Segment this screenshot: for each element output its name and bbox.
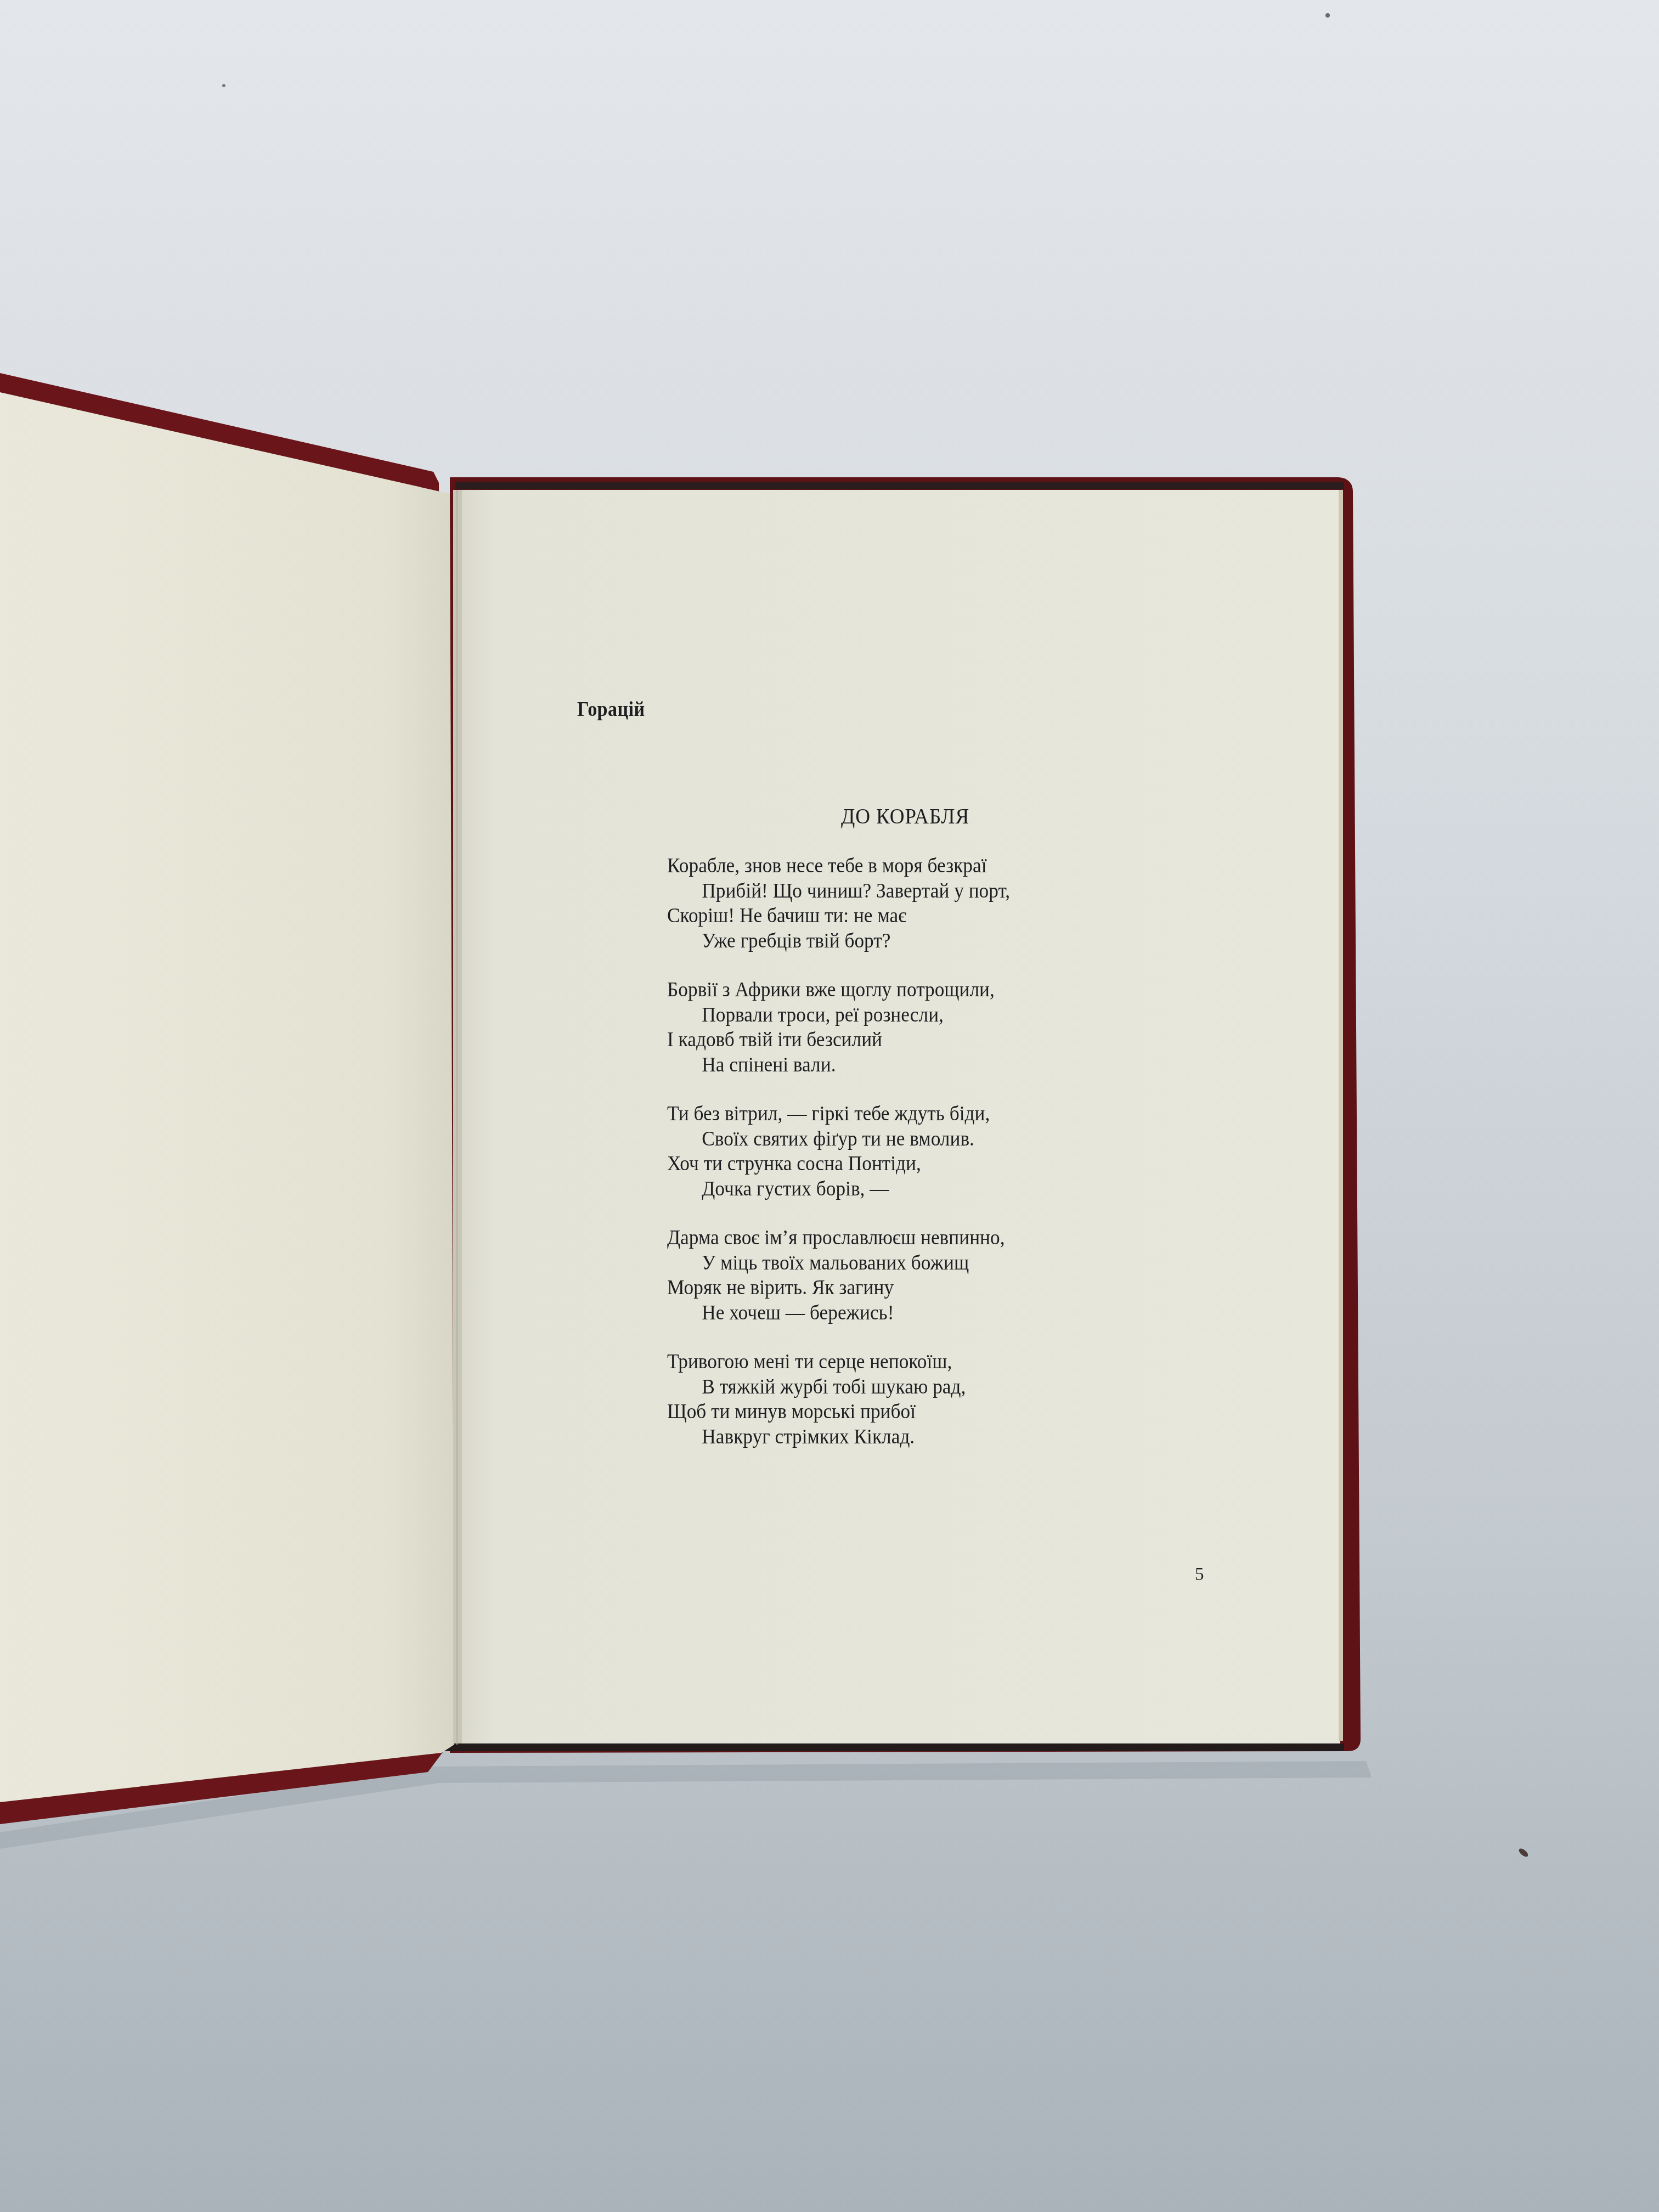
poem-line: Дарма своє ім’я прославлюєш невпинно, xyxy=(667,1226,1177,1251)
top-binding-edge xyxy=(455,482,1344,489)
poem-line: Скоріш! Не бачиш ти: не має xyxy=(667,904,1177,929)
poem-line: В тяжкій журбі тобі шукаю рад, xyxy=(667,1375,1177,1400)
stanza-5: Тривогою мені ти серце непокоїш, В тяжкі… xyxy=(667,1350,1216,1449)
poem-line: Навкруг стрімких Кіклад. xyxy=(667,1425,1177,1450)
left-page xyxy=(0,392,454,1802)
poem-line: У міць твоїх мальованих божищ xyxy=(667,1251,1177,1276)
bottom-binding-edge xyxy=(439,1743,1344,1751)
poem-line: Прибій! Що чиниш? Завертай у порт, xyxy=(667,879,1177,904)
stanza-2: Борвії з Африки вже щоглу потрощили, Пор… xyxy=(667,978,1216,1077)
poem-line: Корабле, знов несе тебе в моря безкраї xyxy=(667,854,1177,879)
poem-line: Ти без вітрил, — гіркі тебе ждуть біди, xyxy=(667,1102,1177,1127)
author-name: Горацій xyxy=(577,698,645,721)
poem-line: Щоб ти минув морські прибої xyxy=(667,1400,1177,1425)
poem-line: Порвали троси, реї рознесли, xyxy=(667,1003,1177,1028)
debris-speck-small-2 xyxy=(222,84,225,87)
poem-line: Тривогою мені ти серце непокоїш, xyxy=(667,1350,1177,1375)
stanza-1: Корабле, знов несе тебе в моря безкраї П… xyxy=(667,854,1216,953)
page-edge xyxy=(1339,490,1343,1741)
poem-line: Моряк не вірить. Як загину xyxy=(667,1276,1177,1301)
poem-line: Хоч ти струнка сосна Понтіди, xyxy=(667,1152,1177,1177)
debris-speck-small xyxy=(1325,13,1330,18)
poem-line: Борвії з Африки вже щоглу потрощили, xyxy=(667,978,1177,1003)
poem-line: І кадовб твій іти безсилий xyxy=(667,1028,1177,1053)
stanza-3: Ти без вітрил, — гіркі тебе ждуть біди, … xyxy=(667,1102,1216,1201)
page-number: 5 xyxy=(1195,1565,1204,1585)
poem-line: Своїх святих фіґур ти не вмолив. xyxy=(667,1127,1177,1152)
photo-scene: Горацій ДО КОРАБЛЯ Корабле, знов несе те… xyxy=(0,0,1659,2212)
stanza-4: Дарма своє ім’я прославлюєш невпинно, У … xyxy=(667,1226,1216,1325)
poem-line: На спінені вали. xyxy=(667,1053,1177,1078)
poem-line: Не хочеш — бережись! xyxy=(667,1301,1177,1326)
poem-line: Уже гребців твій борт? xyxy=(667,929,1177,954)
poem-line: Дочка густих борів, — xyxy=(667,1177,1177,1202)
poem-title: ДО КОРАБЛЯ xyxy=(723,804,1088,829)
debris-speck xyxy=(1517,1847,1530,1859)
poem-body: Корабле, знов несе тебе в моря безкраї П… xyxy=(667,854,1216,1474)
